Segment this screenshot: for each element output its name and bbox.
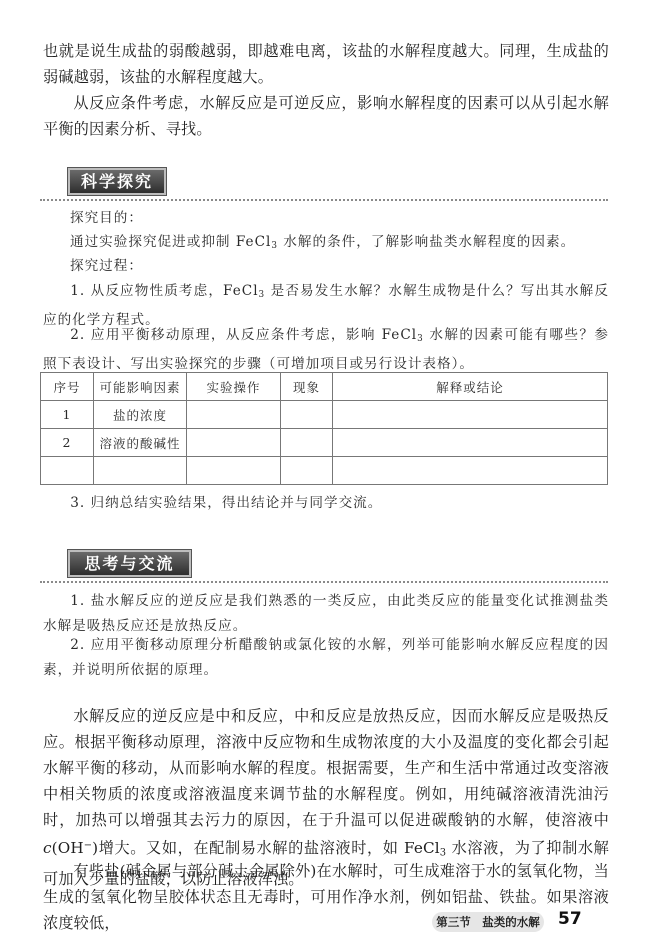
purpose-label: 探究目的：: [70, 206, 610, 231]
science-inquiry-badge: 科学探究: [68, 168, 166, 195]
cell-phenomenon: [281, 429, 333, 457]
section-footer-label: 第三节 盐类的水解: [432, 912, 544, 932]
experiment-table: 序号 可能影响因素 实验操作 现象 解释或结论 1 盐的浓度 2 溶液的酸碱性: [40, 372, 608, 485]
subscript: 3: [417, 334, 424, 344]
cell-phenomenon: [281, 401, 333, 429]
body-text: 水解反应的逆反应是中和反应，中和反应是放热反应，因而水解反应是吸热反应。根据平衡…: [43, 707, 609, 829]
cell-conclusion: [333, 457, 608, 485]
page-number: 57: [558, 909, 582, 929]
header-index: 序号: [41, 373, 94, 401]
step-2-pre: 2. 应用平衡移动原理，从反应条件考虑，影响 FeCl: [70, 327, 417, 343]
body-text: )增大。又如，在配制易水解的盐溶液时，如 FeCl: [92, 839, 440, 857]
think-discuss-badge: 思考与交流: [68, 550, 191, 577]
question-2: 2. 应用平衡移动原理分析醋酸钠或氯化铵的水解，列举可能影响水解反应程度的因素，…: [43, 633, 609, 683]
hydroxide: (OH: [52, 839, 84, 857]
cell-operation: [187, 457, 281, 485]
purpose-text-pre: 通过实验探究促进或抑制 FeCl: [70, 234, 271, 250]
header-factor: 可能影响因素: [94, 373, 187, 401]
table-header-row: 序号 可能影响因素 实验操作 现象 解释或结论: [41, 373, 608, 401]
cell-factor: [94, 457, 187, 485]
table-row: 1 盐的浓度: [41, 401, 608, 429]
intro-paragraph-1: 也就是说生成盐的弱酸越弱，即越难电离，该盐的水解程度越大。同理，生成盐的弱碱越弱…: [43, 38, 609, 90]
cell-factor: 溶液的酸碱性: [94, 429, 187, 457]
cell-operation: [187, 401, 281, 429]
dotted-divider: [40, 581, 608, 583]
step-2: 2. 应用平衡移动原理，从反应条件考虑，影响 FeCl3 水解的因素可能有哪些？…: [43, 323, 609, 377]
superscript: −: [84, 840, 92, 851]
table-row: [41, 457, 608, 485]
cell-conclusion: [333, 429, 608, 457]
cell-index: 1: [41, 401, 94, 429]
cell-factor: 盐的浓度: [94, 401, 187, 429]
step-3: 3. 归纳总结实验结果，得出结论并与同学交流。: [43, 491, 609, 516]
subscript: 3: [271, 241, 278, 251]
intro-paragraph-2: 从反应条件考虑，水解反应是可逆反应，影响水解程度的因素可以从引起水解平衡的因素分…: [43, 90, 609, 142]
cell-conclusion: [333, 401, 608, 429]
step-1-pre: 1. 从反应物性质考虑，FeCl: [70, 283, 258, 299]
header-phenomenon: 现象: [281, 373, 333, 401]
textbook-page: 也就是说生成盐的弱酸越弱，即越难电离，该盐的水解程度越大。同理，生成盐的弱碱越弱…: [0, 0, 650, 944]
purpose-text-post: 水解的条件，了解影响盐类水解程度的因素。: [278, 234, 575, 250]
cell-index: [41, 457, 94, 485]
process-label: 探究过程：: [70, 254, 610, 279]
concentration-symbol: c: [43, 839, 52, 857]
cell-index: 2: [41, 429, 94, 457]
table-row: 2 溶液的酸碱性: [41, 429, 608, 457]
question-1: 1. 盐水解反应的逆反应是我们熟悉的一类反应，由此类反应的能量变化试推测盐类水解…: [43, 589, 609, 639]
dotted-divider: [40, 199, 608, 201]
header-operation: 实验操作: [187, 373, 281, 401]
header-conclusion: 解释或结论: [333, 373, 608, 401]
cell-operation: [187, 429, 281, 457]
cell-phenomenon: [281, 457, 333, 485]
